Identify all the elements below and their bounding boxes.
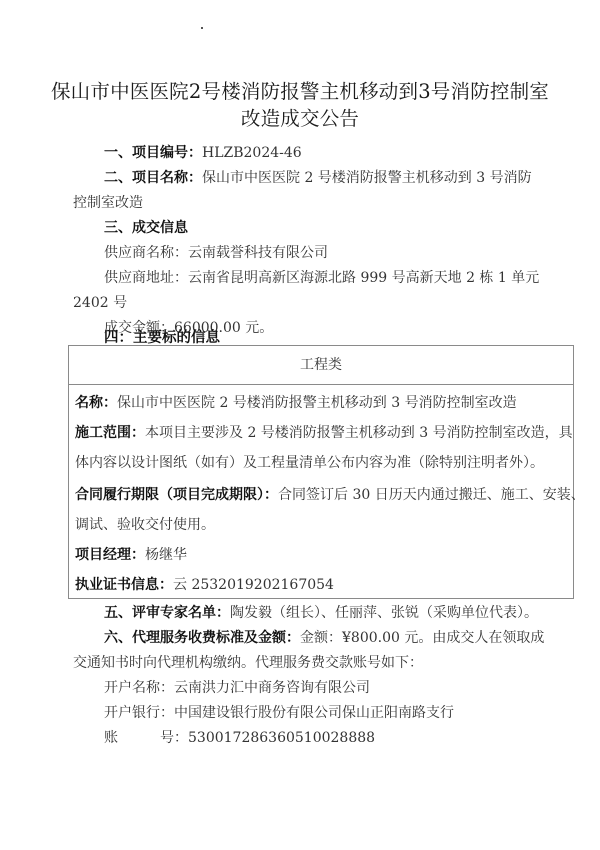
table-row-scope-continued: 体内容以设计图纸（如有）及工程量清单公布内容为准（除特别注明者外）。 bbox=[75, 453, 544, 473]
project-number-line: 一、项目编号：HLZB2024-46 bbox=[104, 143, 302, 163]
certificate-label: 执业证书信息： bbox=[75, 577, 173, 593]
manager-value: 杨继华 bbox=[145, 547, 187, 563]
account-number-label-1: 账 bbox=[104, 728, 160, 748]
agency-fee-continued: 交通知书时向代理机构缴纳。代理服务费交款账号如下： bbox=[73, 653, 423, 673]
account-number-label-2: 号： bbox=[160, 730, 188, 746]
project-name-continued: 控制室改造 bbox=[73, 193, 143, 213]
project-number-value: HLZB2024-46 bbox=[202, 145, 302, 161]
name-label: 名称： bbox=[75, 395, 117, 411]
supplier-address: 供应商地址：云南省昆明高新区海源北路 999 号高新天地 2 栋 1 单元 bbox=[104, 268, 539, 288]
period-value: 合同签订后 30 日历天内通过搬迁、施工、安装、 bbox=[278, 487, 585, 503]
account-number-value: 530017286360510028888 bbox=[188, 730, 375, 746]
period-label: 合同履行期限（项目完成期限）： bbox=[75, 487, 278, 503]
document-title-line-1: 保山市中医医院2号楼消防报警主机移动到3号消防控制室 bbox=[0, 76, 600, 104]
account-bank: 开户银行：中国建设银行股份有限公司保山正阳南路支行 bbox=[104, 703, 454, 723]
table-row-certificate: 执业证书信息：云 2532019202167054 bbox=[75, 575, 334, 595]
document-title-line-2: 改造成交公告 bbox=[0, 103, 600, 131]
project-name-value: 保山市中医医院 2 号楼消防报警主机移动到 3 号消防 bbox=[202, 170, 532, 186]
table-row-manager: 项目经理：杨继华 bbox=[75, 545, 187, 565]
name-value: 保山市中医医院 2 号楼消防报警主机移动到 3 号消防控制室改造 bbox=[117, 395, 517, 411]
account-number-line: 账号：530017286360510028888 bbox=[104, 728, 375, 748]
table-row-scope: 施工范围：本项目主要涉及 2 号楼消防报警主机移动到 3 号消防控制室改造，具 bbox=[75, 423, 573, 443]
agency-fee-value: 金额：¥800.00 元。由成交人在领取成 bbox=[300, 630, 544, 646]
agency-fee-line: 六、代理服务收费标准及金额：金额：¥800.00 元。由成交人在领取成 bbox=[104, 628, 544, 648]
table-row-period-continued: 调试、验收交付使用。 bbox=[75, 515, 215, 535]
table-row-period: 合同履行期限（项目完成期限）：合同签订后 30 日历天内通过搬迁、施工、安装、 bbox=[75, 485, 585, 505]
project-name-label: 二、项目名称： bbox=[104, 170, 202, 186]
agency-fee-label: 六、代理服务收费标准及金额： bbox=[104, 630, 300, 646]
project-name-line: 二、项目名称：保山市中医医院 2 号楼消防报警主机移动到 3 号消防 bbox=[104, 168, 532, 188]
scan-speck bbox=[201, 27, 203, 29]
certificate-value: 云 2532019202167054 bbox=[173, 577, 334, 593]
deal-info-heading: 三、成交信息 bbox=[104, 218, 188, 238]
supplier-name: 供应商名称：云南载誉科技有限公司 bbox=[104, 243, 328, 263]
experts-label: 五、评审专家名单： bbox=[104, 605, 230, 621]
scope-value: 本项目主要涉及 2 号楼消防报警主机移动到 3 号消防控制室改造，具 bbox=[145, 425, 573, 441]
supplier-address-continued: 2402 号 bbox=[73, 293, 127, 313]
project-number-label: 一、项目编号： bbox=[104, 145, 202, 161]
table-row-name: 名称：保山市中医医院 2 号楼消防报警主机移动到 3 号消防控制室改造 bbox=[75, 393, 517, 413]
experts-value: 陶发毅（组长）、任丽萍、张锐（采购单位代表）。 bbox=[230, 605, 538, 621]
main-subject-table: 工程类 名称：保山市中医医院 2 号楼消防报警主机移动到 3 号消防控制室改造 … bbox=[68, 345, 574, 599]
table-header-category: 工程类 bbox=[69, 346, 573, 385]
scope-label: 施工范围： bbox=[75, 425, 145, 441]
manager-label: 项目经理： bbox=[75, 547, 145, 563]
experts-line: 五、评审专家名单：陶发毅（组长）、任丽萍、张锐（采购单位代表）。 bbox=[104, 603, 538, 623]
account-name: 开户名称：云南洪力汇中商务咨询有限公司 bbox=[104, 678, 370, 698]
